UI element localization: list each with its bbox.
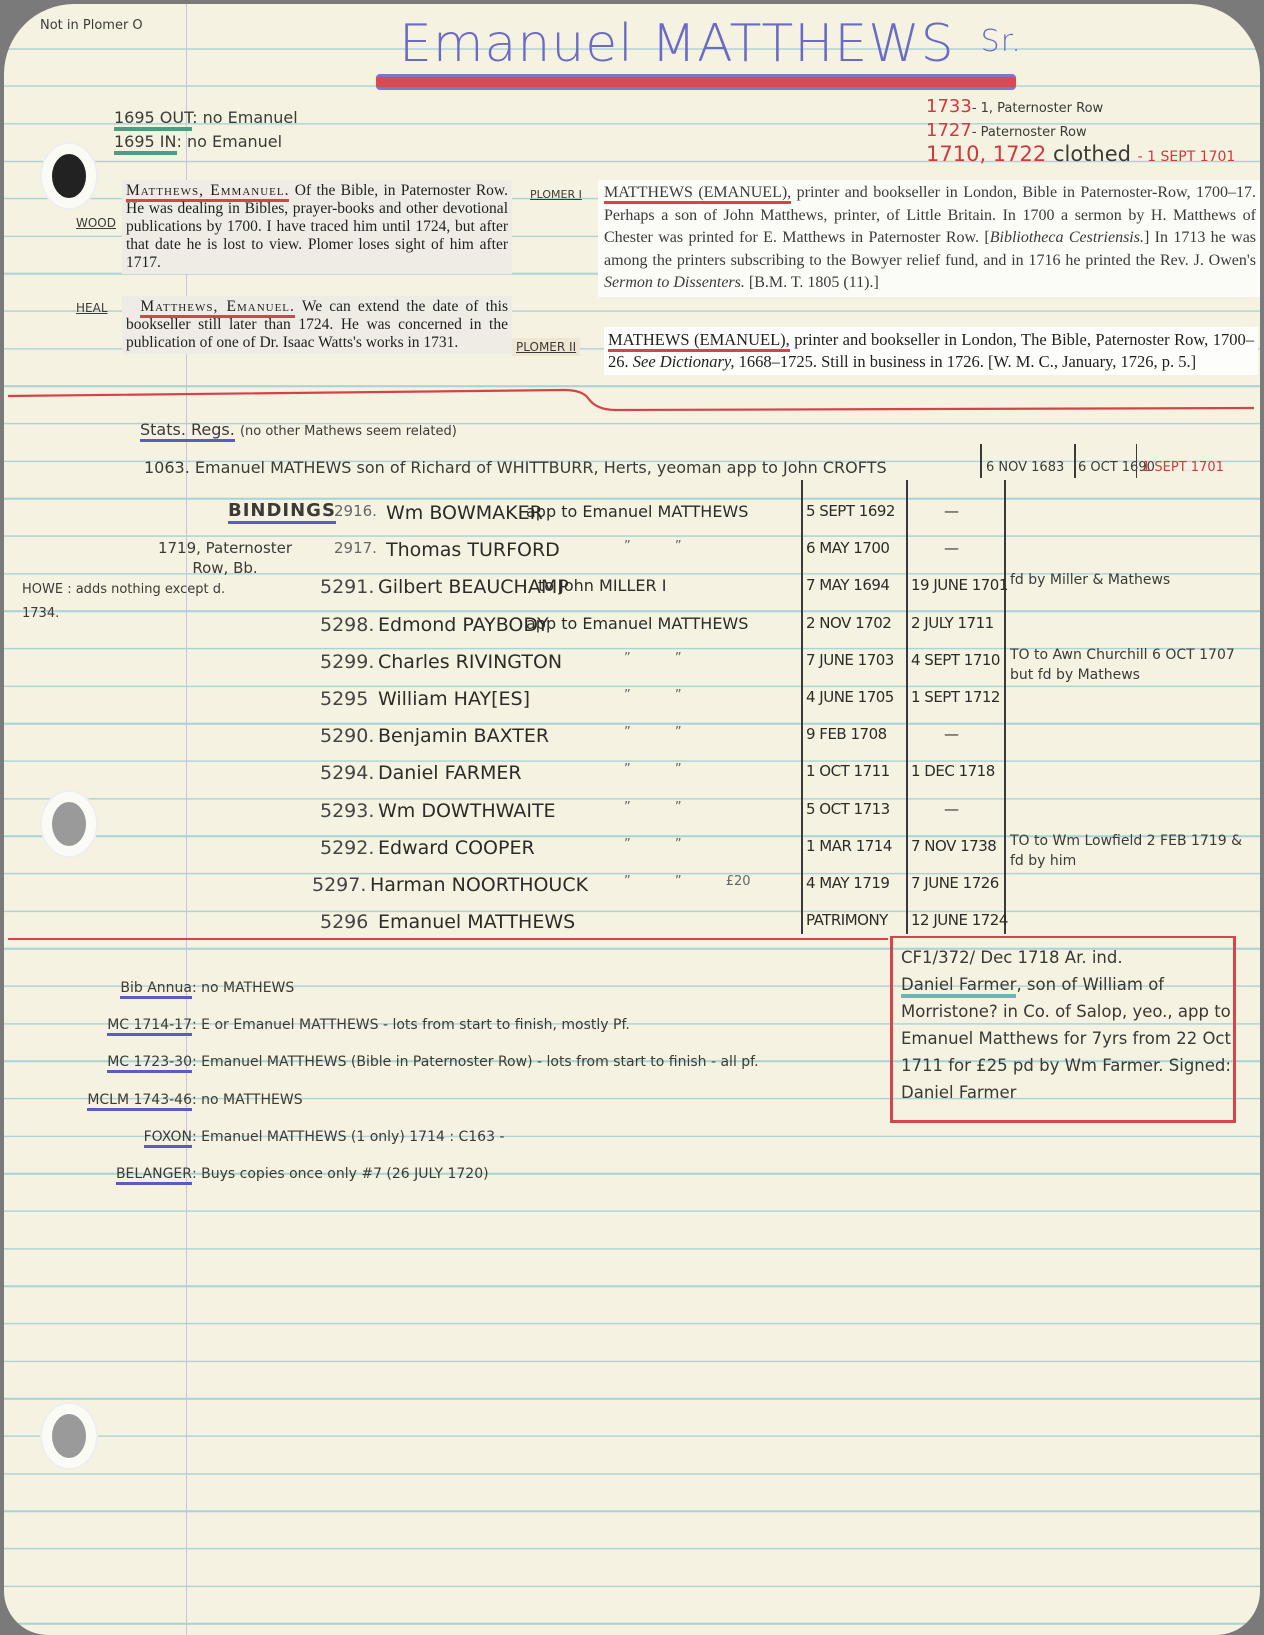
binding-date-bound: 7 MAY 1694 — [806, 576, 889, 594]
binding-date-bound: 4 MAY 1719 — [806, 874, 889, 892]
corner-note: Not in Plomer O — [40, 18, 143, 33]
column-rule — [1074, 444, 1076, 478]
address-year: 1727 — [926, 120, 972, 141]
address-year: 1733 — [926, 96, 972, 117]
binding-master: app to Emanuel MATTHEWS — [526, 614, 748, 633]
binding-number: 5299. — [320, 651, 374, 673]
address-1733: 1733- 1, Paternoster Row — [926, 96, 1103, 117]
reference-label: MC 1723-30 — [107, 1054, 192, 1073]
binding-note: fd by Miller & Mathews — [1010, 570, 1250, 590]
binding-row: 5297.Harman NOORTHOUCK” ” £204 MAY 17197… — [4, 870, 1260, 904]
reference-item: BELANGER: Buys copies once only #7 (26 J… — [64, 1166, 489, 1182]
binding-date-freed: — — [944, 539, 959, 557]
census-label: 1695 IN — [114, 132, 177, 155]
binding-date-bound: 1 OCT 1711 — [806, 762, 890, 780]
reference-item: MC 1714-17: E or Emanuel MATTHEWS - lots… — [64, 1017, 630, 1033]
clipping-text: 1668–1725. Still in business in 1726. [W… — [734, 352, 1196, 371]
clothed-date: - 1 SEPT 1701 — [1138, 149, 1236, 165]
binding-master: to John MILLER I — [538, 576, 666, 595]
clipping-plomer1: MATTHEWS (EMANUEL), printer and booksell… — [598, 180, 1260, 297]
binding-date-freed: 1 DEC 1718 — [911, 762, 995, 780]
reference-item: MCLM 1743-46: no MATTHEWS — [64, 1092, 303, 1108]
title-suffix: Sr. — [981, 24, 1022, 59]
clipping-italic: See Dictionary, — [633, 352, 735, 371]
binding-master: ” ” — [624, 725, 682, 740]
binding-date-bound: 4 JUNE 1705 — [806, 688, 894, 706]
binding-apprentice: William HAY[ES] — [378, 688, 530, 710]
binding-date-bound: 5 SEPT 1692 — [806, 502, 895, 520]
stats-regs-heading: Stats. Regs. (no other Mathews seem rela… — [140, 420, 457, 439]
binding-date-freed: 4 SEPT 1710 — [911, 651, 1000, 669]
binder-hole — [42, 144, 96, 208]
binding-date-freed: 2 JULY 1711 — [911, 614, 994, 632]
binding-apprentice: Wm BOWMAKER — [386, 502, 543, 524]
title-name: Emanuel MATTHEWS — [399, 14, 955, 74]
binding-master: ” ” — [624, 762, 682, 777]
binding-master: ” ” — [624, 800, 682, 815]
reference-label: MC 1714-17 — [107, 1017, 192, 1036]
reference-text: : Emanuel MATTHEWS (Bible in Paternoster… — [192, 1054, 759, 1070]
source-label-plomer2: PLOMER II — [512, 338, 580, 356]
census-1695-in: 1695 IN: no Emanuel — [114, 132, 282, 151]
column-rule — [980, 444, 982, 478]
binding-row: 5291.Gilbert BEAUCHAMPto John MILLER I7 … — [4, 572, 1260, 606]
clipping-wood: Matthews, Emmanuel. Of the Bible, in Pat… — [122, 180, 512, 274]
binding-number: 2917. — [334, 539, 377, 557]
binding-master: ” ” — [624, 837, 682, 852]
binding-date-freed: 1 SEPT 1712 — [911, 688, 1000, 706]
binding-number: 5295 — [320, 688, 368, 710]
clothed-years: 1710, 1722 — [926, 142, 1046, 166]
address-text: - 1, Paternoster Row — [972, 101, 1103, 116]
binding-row: 5299.Charles RIVINGTON” ”7 JUNE 17034 SE… — [4, 647, 1260, 681]
binding-date-bound: 9 FEB 1708 — [806, 725, 887, 743]
binding-apprentice: Harman NOORTHOUCK — [370, 874, 588, 896]
binding-apprentice: Emanuel MATTHEWS — [378, 911, 575, 933]
reference-item: FOXON: Emanuel MATTHEWS (1 only) 1714 : … — [64, 1129, 505, 1145]
page-title: Emanuel MATTHEWSSr. — [399, 14, 1022, 74]
address-text: - Paternoster Row — [972, 125, 1087, 140]
binding-date-freed: 19 JUNE 1701 — [911, 576, 1008, 594]
binding-date-bound: 1 MAR 1714 — [806, 837, 892, 855]
reference-text: : Emanuel MATTHEWS (1 only) 1714 : C163 … — [192, 1129, 505, 1145]
source-label-heal: HEAL — [76, 301, 108, 315]
stats-regs-note: (no other Mathews seem related) — [240, 424, 457, 439]
binding-apprentice: Daniel FARMER — [378, 762, 522, 784]
clothed-line: 1710, 1722 clothed - 1 SEPT 1701 — [926, 142, 1235, 166]
clipping-headword: MATTHEWS (EMANUEL), — [604, 184, 791, 204]
binding-date-freed: 7 NOV 1738 — [911, 837, 996, 855]
binding-number: 5293. — [320, 800, 374, 822]
clipping-text: [B.M. T. 1805 (11).] — [745, 274, 879, 291]
census-1695-out: 1695 OUT: no Emanuel — [114, 108, 298, 127]
binding-number: 5298. — [320, 614, 374, 636]
cf-apprentice-name: Daniel Farmer — [901, 975, 1016, 998]
clipping-headword: Matthews, Emanuel. — [140, 298, 295, 318]
reference-item: Bib Annua: no MATHEWS — [64, 980, 294, 996]
binding-apprentice: Benjamin BAXTER — [378, 725, 549, 747]
apprenticeship-bound: 6 NOV 1683 — [986, 460, 1064, 475]
reference-text: : Buys copies once only #7 (26 JULY 1720… — [192, 1166, 489, 1182]
binding-date-freed: 12 JUNE 1724 — [911, 911, 1008, 929]
binding-master: ” ” — [624, 688, 682, 703]
census-value: : no Emanuel — [192, 108, 298, 127]
binding-date-freed: — — [944, 725, 959, 743]
stats-regs-label: Stats. Regs. — [140, 420, 235, 442]
reference-label: FOXON — [144, 1129, 192, 1148]
binding-master: ” ” — [624, 539, 682, 554]
apprenticeship-clothed: 1 SEPT 1701 — [1142, 460, 1224, 475]
binding-note: TO to Awn Churchill 6 OCT 1707 but fd by… — [1010, 645, 1250, 685]
clipping-plomer2: MATHEWS (EMANUEL), printer and bookselle… — [604, 327, 1258, 375]
binding-row: 5298.Edmond PAYBODYapp to Emanuel MATTHE… — [4, 610, 1260, 644]
binding-master: ” ” £20 — [624, 874, 751, 889]
binding-note: TO to Wm Lowfield 2 FEB 1719 & fd by him — [1010, 831, 1250, 871]
clothed-label: clothed — [1053, 142, 1131, 166]
binding-apprentice: Edmond PAYBODY — [378, 614, 549, 636]
clipping-heal: Matthews, Emanuel. We can extend the dat… — [122, 296, 512, 354]
clipping-italic: Sermon to Dissenters. — [604, 274, 745, 291]
census-value: : no Emanuel — [177, 132, 283, 151]
binding-number: 5291. — [320, 576, 374, 598]
binding-apprentice: Edward COOPER — [378, 837, 535, 859]
reference-text: : no MATTHEWS — [192, 1092, 303, 1108]
reference-text: : E or Emanuel MATTHEWS - lots from star… — [192, 1017, 630, 1033]
binding-date-bound: 6 MAY 1700 — [806, 539, 889, 557]
reference-label: BELANGER — [116, 1166, 192, 1185]
binding-apprentice: Thomas TURFORD — [386, 539, 560, 561]
section-divider — [4, 374, 1260, 414]
binding-number: 2916. — [334, 502, 377, 520]
binding-apprentice: Charles RIVINGTON — [378, 651, 562, 673]
address-1727: 1727- Paternoster Row — [926, 120, 1087, 141]
clipping-italic: Bibliotheca Cestriensis. — [990, 229, 1144, 246]
binding-date-freed: — — [944, 502, 959, 520]
census-label: 1695 OUT — [114, 108, 192, 131]
binding-date-bound: 7 JUNE 1703 — [806, 651, 894, 669]
cf-note-text: CF1/372/ Dec 1718 Ar. ind. Daniel Farmer… — [901, 944, 1231, 1106]
binding-date-bound: PATRIMONY — [806, 911, 888, 929]
binding-row: 5296Emanuel MATTHEWSPATRIMONY12 JUNE 172… — [4, 907, 1260, 941]
binding-row: 5295William HAY[ES]” ”4 JUNE 17051 SEPT … — [4, 684, 1260, 718]
apprenticeship-entry: 1063. Emanuel MATHEWS son of Richard of … — [144, 458, 887, 477]
binding-row: 5292.Edward COOPER” ”1 MAR 17147 NOV 173… — [4, 833, 1260, 867]
binding-number: 5294. — [320, 762, 374, 784]
source-label-wood: WOOD — [76, 216, 116, 230]
binding-row: 5294.Daniel FARMER” ”1 OCT 17111 DEC 171… — [4, 758, 1260, 792]
cf-reference: CF1/372/ Dec 1718 Ar. ind. — [901, 948, 1123, 967]
binding-row: 5290.Benjamin BAXTER” ”9 FEB 1708— — [4, 721, 1260, 755]
binding-number: 5292. — [320, 837, 374, 859]
reference-label: MCLM 1743-46 — [87, 1092, 192, 1111]
notebook-page: Not in Plomer O Emanuel MATTHEWSSr. 1695… — [4, 4, 1260, 1635]
binding-number: 5297. — [312, 874, 366, 896]
clipping-headword: MATHEWS (EMANUEL), — [608, 330, 790, 352]
binding-row: 5293.Wm DOWTHWAITE” ”5 OCT 1713— — [4, 796, 1260, 830]
reference-label: Bib Annua — [120, 980, 192, 999]
binding-date-bound: 5 OCT 1713 — [806, 800, 890, 818]
binding-number: 5296 — [320, 911, 368, 933]
clipping-headword: Matthews, Emmanuel. — [126, 182, 289, 202]
binding-date-bound: 2 NOV 1702 — [806, 614, 891, 632]
binding-apprentice: Wm DOWTHWAITE — [378, 800, 556, 822]
entry-number: 1063. — [144, 458, 190, 477]
reference-text: : no MATHEWS — [192, 980, 294, 996]
title-underline — [376, 74, 1016, 90]
binding-row: 2917.Thomas TURFORD” ”6 MAY 1700— — [4, 535, 1260, 569]
entry-text: Emanuel MATHEWS son of Richard of WHITTB… — [195, 458, 887, 477]
reference-item: MC 1723-30: Emanuel MATTHEWS (Bible in P… — [64, 1054, 759, 1070]
binding-date-freed: — — [944, 800, 959, 818]
binding-row: 2916.Wm BOWMAKERapp to Emanuel MATTHEWS5… — [4, 498, 1260, 532]
binding-number: 5290. — [320, 725, 374, 747]
source-label-plomer1: PLOMER I — [530, 188, 582, 201]
binding-date-freed: 7 JUNE 1726 — [911, 874, 999, 892]
binding-master: app to Emanuel MATTHEWS — [526, 502, 748, 521]
binding-master: ” ” — [624, 651, 682, 666]
binder-hole — [42, 1404, 96, 1468]
